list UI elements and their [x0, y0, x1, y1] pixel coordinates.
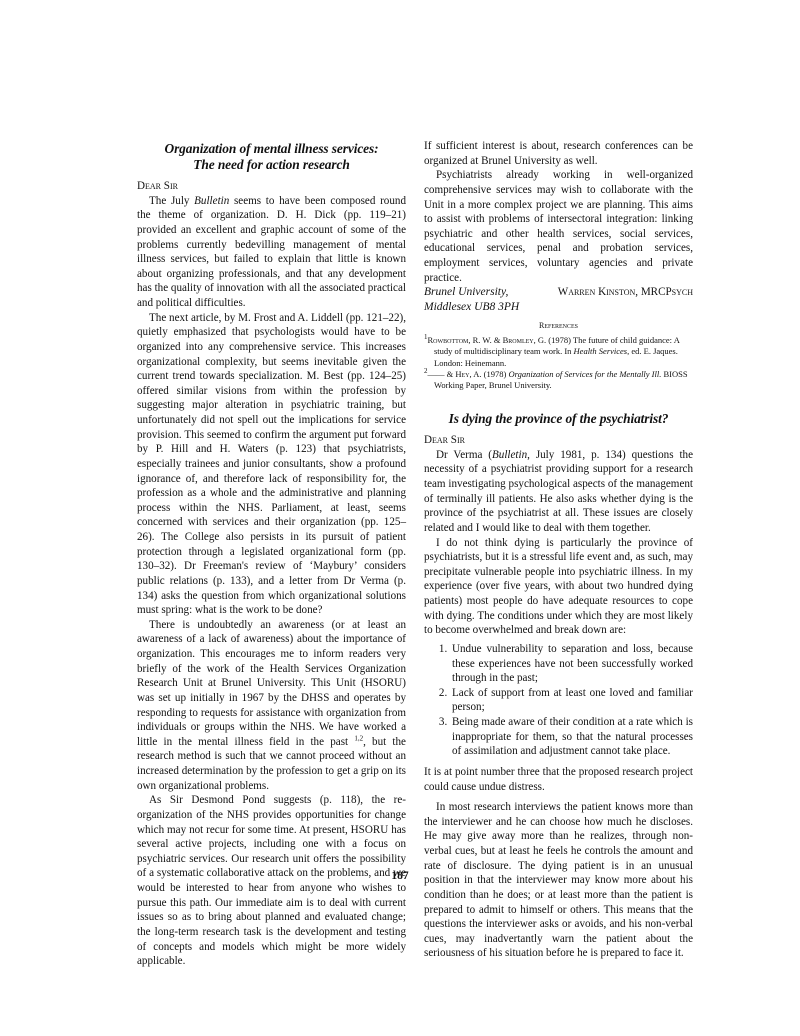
references-heading: References: [424, 319, 693, 334]
letter2-paragraph-2: I do not think dying is particularly the…: [424, 536, 693, 638]
letter1-paragraph-1: The July Bulletin seems to have been com…: [137, 194, 406, 311]
page-number: 187: [0, 870, 800, 882]
letter2-paragraph-3: It is at point number three that the pro…: [424, 765, 693, 794]
right-column: If sufficient interest is about, researc…: [424, 139, 693, 961]
letter1-title: Organization of mental illness services:…: [137, 141, 406, 173]
letter1-paragraph-3: There is undoubtedly an awareness (or at…: [137, 618, 406, 794]
list-item: Being made aware of their condition at a…: [450, 715, 693, 759]
letter1-address-line2: Middlesex UB8 3PH: [424, 300, 693, 315]
reference-source: Health Services: [574, 346, 628, 356]
reference-item: 2—— & Hey, A. (1978) Organization of Ser…: [424, 369, 693, 391]
reference-authors: Rowbottom, R. W. & Bromley, G.: [428, 335, 547, 345]
text: , July 1981, p. 134) questions the neces…: [424, 449, 693, 534]
letter1-paragraph-2: The next article, by M. Frost and A. Lid…: [137, 311, 406, 618]
text: There is undoubtedly an awareness (or at…: [137, 619, 406, 748]
reference-item: 1Rowbottom, R. W. & Bromley, G. (1978) T…: [424, 335, 693, 369]
letter2-paragraph-1: Dr Verma (Bulletin, July 1981, p. 134) q…: [424, 448, 693, 536]
list-item: Undue vulnerability to separation and lo…: [450, 642, 693, 686]
text: seems to have been composed round the th…: [137, 195, 406, 309]
letter1-salutation: Dear Sir: [137, 179, 406, 194]
reference-superscript: 1,2: [354, 734, 363, 742]
bulletin-title: Bulletin: [492, 449, 527, 461]
letter2-title: Is dying the province of the psychiatris…: [424, 411, 693, 427]
letter1-title-line2: The need for action research: [137, 157, 406, 173]
reference-authors: —— & Hey, A.: [428, 369, 482, 379]
reference-source: Organization of Services for the Mentall…: [508, 369, 661, 379]
bulletin-title: Bulletin: [194, 195, 229, 207]
letter1-paragraph-5: If sufficient interest is about, researc…: [424, 139, 693, 168]
left-column: Organization of mental illness services:…: [137, 139, 406, 969]
letter2-salutation: Dear Sir: [424, 433, 693, 448]
conditions-list: Undue vulnerability to separation and lo…: [424, 642, 693, 759]
letter1-paragraph-6: Psychiatrists already working in well-or…: [424, 168, 693, 285]
text: The July: [149, 195, 194, 207]
letter1-title-line1: Organization of mental illness services:: [137, 141, 406, 157]
text: Dr Verma (: [436, 449, 492, 461]
text: (1978): [482, 369, 509, 379]
list-item: Lack of support from at least one loved …: [450, 686, 693, 715]
